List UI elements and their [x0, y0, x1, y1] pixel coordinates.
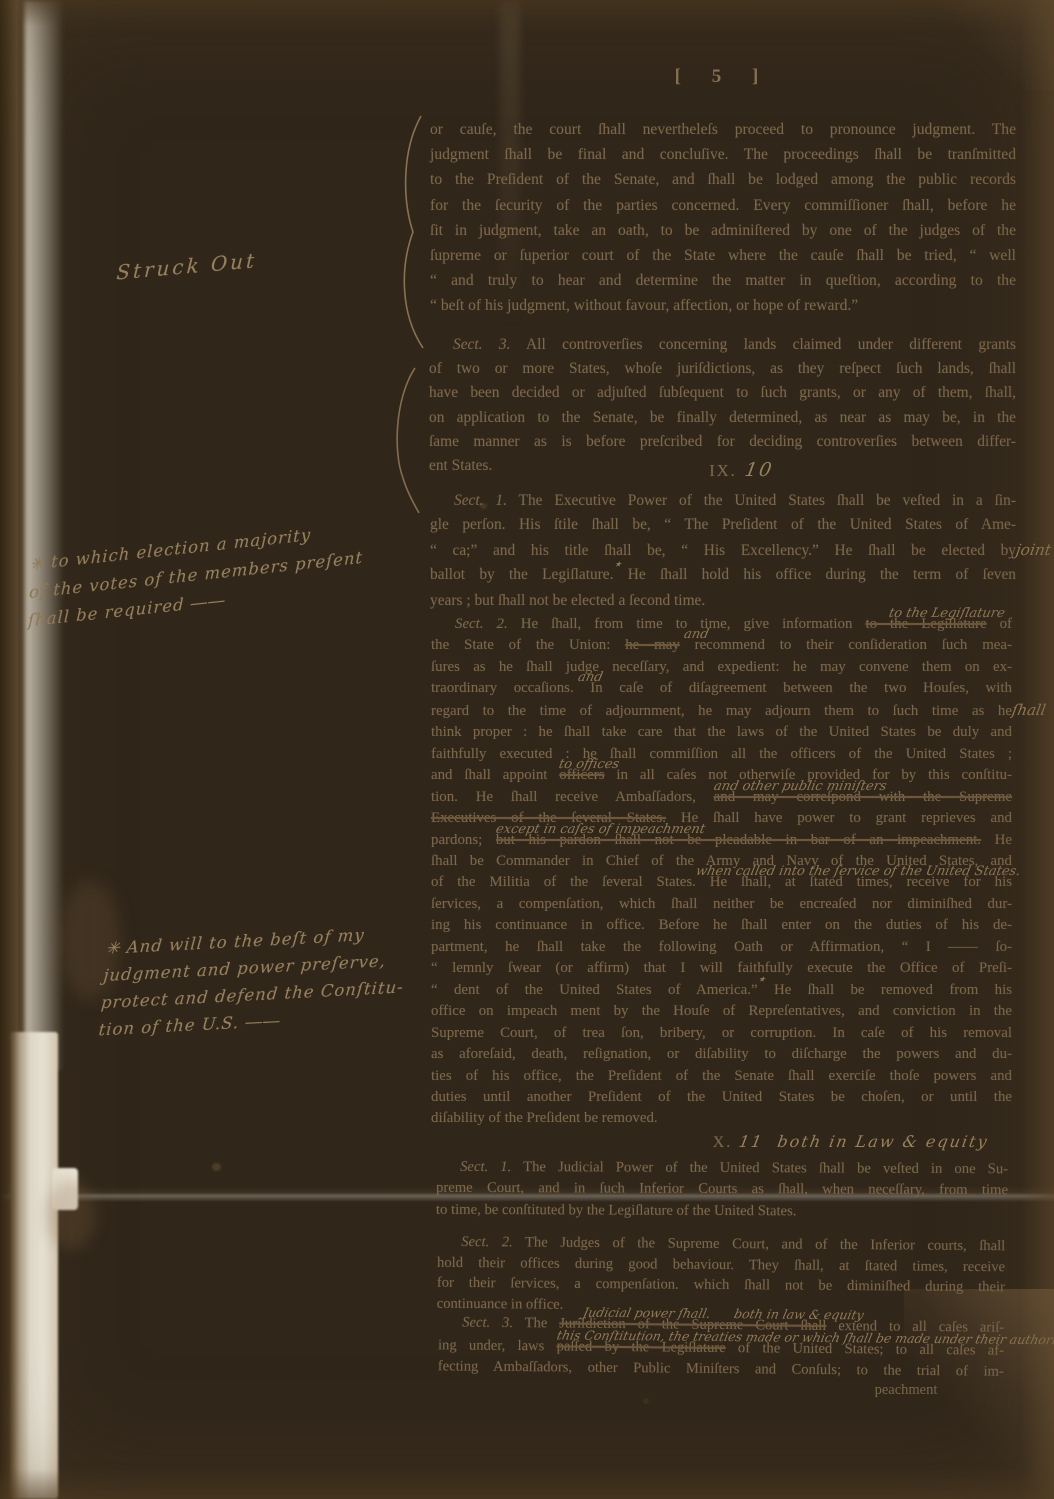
left-shadow [0, 0, 30, 1499]
text-line: the State of the Union: he may and recom… [431, 635, 1012, 656]
printed-text: ſame manner as is before preſcribed for … [429, 433, 1016, 450]
printed-text: partment, he ſhall take the following Oa… [431, 939, 1012, 955]
printed-text: The Executive Power of the United States… [507, 492, 1016, 509]
text-line: “ dent of the United States of America.”… [431, 980, 1012, 1001]
printed-text: and ſhall appoint [431, 767, 559, 783]
printed-text: to the Preſident of the Senate, and ſhal… [430, 171, 1016, 188]
margin-brace-icon [389, 366, 421, 516]
printed-text: ſures as he ſhall judge neceſſary, and e… [431, 659, 1012, 675]
printed-text: for the ſecurity of the parties concerne… [430, 197, 1016, 214]
text-line: ſures as he ſhall judge neceſſary, and e… [431, 657, 1012, 678]
printed-text: Sect. 3. [462, 1315, 513, 1331]
text-line: tion. He ſhall receive Ambaſſadors, and … [431, 787, 1012, 808]
printed-text: tion. He ſhall receive Ambaſſadors, [431, 789, 714, 805]
paragraph-ix-sect2-powers: Sect. 2. He ſhall, from time to time, gi… [431, 614, 1012, 1130]
text-line: have been decided or adjuſted ſubſequent… [429, 381, 1016, 405]
printed-text: continuance in office. [437, 1296, 564, 1313]
printed-text: “ beſt of his judgment, without favour, … [430, 297, 858, 314]
text-line: ſit in judgment, take an oath, to be adm… [430, 218, 1016, 243]
printed-text: The Judges of the Supreme Court, and of … [513, 1234, 1006, 1254]
document-photo: { "document": { "page_number": "[ 5 ]", … [0, 0, 1054, 1499]
printed-text: ſit in judgment, take an oath, to be adm… [430, 222, 1016, 239]
left-deckle-edge [24, 0, 64, 1070]
printed-text: Sect. 2. [455, 616, 508, 632]
text-line: preme Court, and in ſuch Inferior Courts… [436, 1178, 1008, 1202]
text-line: Sect. 3. All controverſies concerning la… [429, 333, 1016, 357]
text-line: Supreme Court, of trea ſon, bribery, or … [431, 1023, 1012, 1044]
printed-text: for their ſervices, a compenſation. whic… [437, 1275, 1005, 1295]
printed-text: years ; but ſhall not be elected a ſecon… [430, 592, 705, 609]
text-line: think proper : he ſhall take care that t… [431, 722, 1012, 743]
text-line: on application to the Senate, be finally… [429, 406, 1016, 430]
text-line: “ ca;” and his title ſhall be, “ His Exc… [430, 538, 1016, 563]
printed-text: IX. [709, 461, 737, 480]
text-line: judgment ſhall be final and concluſive. … [430, 142, 1016, 167]
text-line: ſervices, a compenſation, which ſhall ne… [431, 894, 1012, 915]
margin-brace-icon [393, 114, 425, 350]
printed-text: office on impeach ment by the Houſe of R… [431, 1003, 1012, 1019]
text-line: “ and truly to hear and determine the ma… [430, 268, 1016, 293]
printed-text: The [513, 1315, 559, 1331]
printed-text: ties of his office, the Preſident of the… [431, 1068, 1012, 1084]
right-shadow [1020, 0, 1054, 1499]
text-line: gle perſon. His ſtile ſhall be, “ The Pr… [430, 513, 1016, 537]
printed-text: X. [713, 1134, 733, 1151]
text-line: or cauſe, the court ſhall nevertheleſs p… [430, 117, 1016, 142]
text-line: Sect. 2. He ſhall, from time to time, gi… [431, 614, 1012, 635]
heading-article-ix: IX. 10 [430, 459, 1016, 481]
printed-text: Sect. 3. [453, 336, 510, 353]
ink-spot [212, 1163, 221, 1171]
printed-text: ballot by the Legiſlature. [430, 566, 614, 583]
text-line: ſame manner as is before preſcribed for … [429, 430, 1016, 454]
stain-spot [46, 1180, 96, 1250]
ink-spot [643, 1398, 649, 1404]
printed-text: of two or more States, whoſe juriſdictio… [429, 360, 1016, 377]
printed-text: or cauſe, the court ſhall nevertheleſs p… [430, 121, 1016, 138]
printed-text: of the Militia of the ſeveral States. [431, 874, 696, 890]
text-line: diſability of the Preſident be removed. [431, 1108, 1012, 1129]
printed-text: traordinary occaſions. [431, 680, 574, 696]
printed-text: He ſhall be removed from his [758, 982, 1012, 998]
text-line: ing his continuance in office. Before he… [431, 915, 1012, 936]
printed-text: to time, be conſtituted by the Legiſlatu… [436, 1201, 797, 1219]
text-line: IX. 10 [430, 459, 1016, 481]
printed-text: All controverſies concerning lands claim… [510, 336, 1016, 353]
text-line: pardons; except in caſes of impeachmentb… [431, 830, 1012, 851]
printed-text: In caſe of diſagreement between the two … [574, 680, 1012, 696]
paragraph-x-sect3-jurisdiction: Sect. 3. The Judicial power ſhall. both … [438, 1311, 1005, 1383]
text-line: partment, he ſhall take the following Oa… [431, 937, 1012, 958]
margin-note-oath-addition: ✳ And will to the beſt of my judgment an… [97, 917, 456, 1044]
printed-text: recommend to their conſideration ſuch me… [680, 637, 1012, 653]
text-line: Sect. 1. The Executive Power of the Unit… [430, 489, 1016, 513]
printed-text: “ dent of the United States of America.” [431, 982, 758, 998]
text-line: to time, be conſtituted by the Legiſlatu… [436, 1199, 1008, 1223]
text-line: traordinary occaſions. and In caſe of di… [431, 678, 1012, 699]
printed-text: the State of the Union: [431, 637, 625, 653]
text-line: ſupreme or ſuperior court of the State w… [430, 243, 1016, 268]
text-line: for the ſecurity of the parties concerne… [430, 193, 1016, 218]
printed-text: He ſhall hold his office during the term… [614, 566, 1017, 583]
text-line: Sect. 1. The Judicial Power of the Unite… [436, 1157, 1008, 1181]
printed-text: have been decided or adjuſted ſubſequent… [429, 384, 1016, 401]
printed-text: preme Court, and in ſuch Inferior Courts… [436, 1180, 1008, 1198]
printed-text: diſability of the Preſident be removed. [431, 1110, 658, 1126]
printed-text: pardons; [431, 832, 496, 848]
printed-text: on application to the Senate, be finally… [429, 409, 1016, 426]
printed-text: as aforeſaid, death, reſignation, or diſ… [431, 1046, 1012, 1062]
printed-text: “ ca;” and his title ſhall be, “ His Exc… [430, 542, 1016, 559]
printed-text: The Judicial Power of the United States … [511, 1159, 1008, 1177]
heading-article-x: X. 11 both in Law & equity [435, 1132, 1010, 1152]
printed-text: Sect. 1. [454, 492, 507, 509]
text-line: as aforeſaid, death, reſignation, or diſ… [431, 1044, 1012, 1065]
printed-text: He ſhall have power to grant reprieves a… [666, 810, 1012, 826]
text-line: of two or more States, whoſe juriſdictio… [429, 357, 1016, 381]
printed-text: duties until another Preſident of the Un… [431, 1089, 1012, 1105]
printed-text: judgment ſhall be final and concluſive. … [430, 146, 1016, 163]
text-line: office on impeach ment by the Houſe of R… [431, 1001, 1012, 1022]
printed-text: ſervices, a compenſation, which ſhall ne… [431, 896, 1012, 912]
printed-text: He [981, 832, 1012, 848]
top-shadow [0, 0, 1054, 26]
printed-text: ſupreme or ſuperior court of the State w… [430, 247, 1016, 264]
text-line: ties of his office, the Preſident of the… [431, 1066, 1012, 1087]
printed-text: Sect. 1. [460, 1159, 511, 1175]
printed-text: ing under, laws [438, 1337, 557, 1354]
paragraph-sect3-land-controversies: Sect. 3. All controverſies concerning la… [429, 333, 1016, 478]
printed-text: hold their offices during good behaviour… [437, 1254, 1005, 1274]
text-line: of the Militia of the ſeveral States.whe… [431, 872, 1012, 893]
text-line: ballot by the Legiſlature.٭ He ſhall hol… [430, 563, 1016, 588]
text-line: regard to the time of adjournment, he ma… [431, 700, 1012, 722]
printed-text: think proper : he ſhall take care that t… [431, 724, 1012, 740]
text-line: X. 11 both in Law & equity [435, 1132, 1010, 1152]
page-number: [ 5 ] [430, 66, 1016, 88]
printed-text: Supreme Court, of trea ſon, bribery, or … [431, 1025, 1012, 1041]
paragraph-commissioners-judgment: or cauſe, the court ſhall nevertheleſs p… [430, 117, 1016, 319]
text-line: to the Preſident of the Senate, and ſhal… [430, 167, 1016, 192]
paragraph-x-sect1-judicial: Sect. 1. The Judicial Power of the Unite… [436, 1157, 1008, 1223]
printed-text: “ and truly to hear and determine the ma… [430, 272, 1016, 289]
printed-text: Sect. 2. [461, 1234, 513, 1250]
printed-text: ing his continuance in office. Before he… [431, 917, 1012, 933]
printed-text: gle perſon. His ſtile ſhall be, “ The Pr… [430, 516, 1016, 533]
text-line: “ lemnly ſwear (or affirm) that I will f… [431, 958, 1012, 979]
printed-text: “ lemnly ſwear (or affirm) that I will f… [431, 960, 1012, 976]
paragraph-ix-sect1-executive: Sect. 1. The Executive Power of the Unit… [430, 489, 1016, 613]
catchword: peachment [816, 1382, 996, 1399]
printed-text: faithfully executed : he ſhall commiſſio… [431, 746, 1012, 762]
struck-text: he may [625, 637, 680, 653]
printed-text: regard to the time of adjournment, he ma… [431, 703, 1012, 719]
text-line: “ beſt of his judgment, without favour, … [430, 293, 1016, 318]
text-line: faithfully executed : he ſhall commiſſio… [431, 744, 1012, 765]
bottom-shadow [0, 1469, 1054, 1499]
text-line: duties until another Preſident of the Un… [431, 1087, 1012, 1108]
printed-text: fecting Ambaſſadors, other Public Miniſt… [438, 1358, 1004, 1379]
